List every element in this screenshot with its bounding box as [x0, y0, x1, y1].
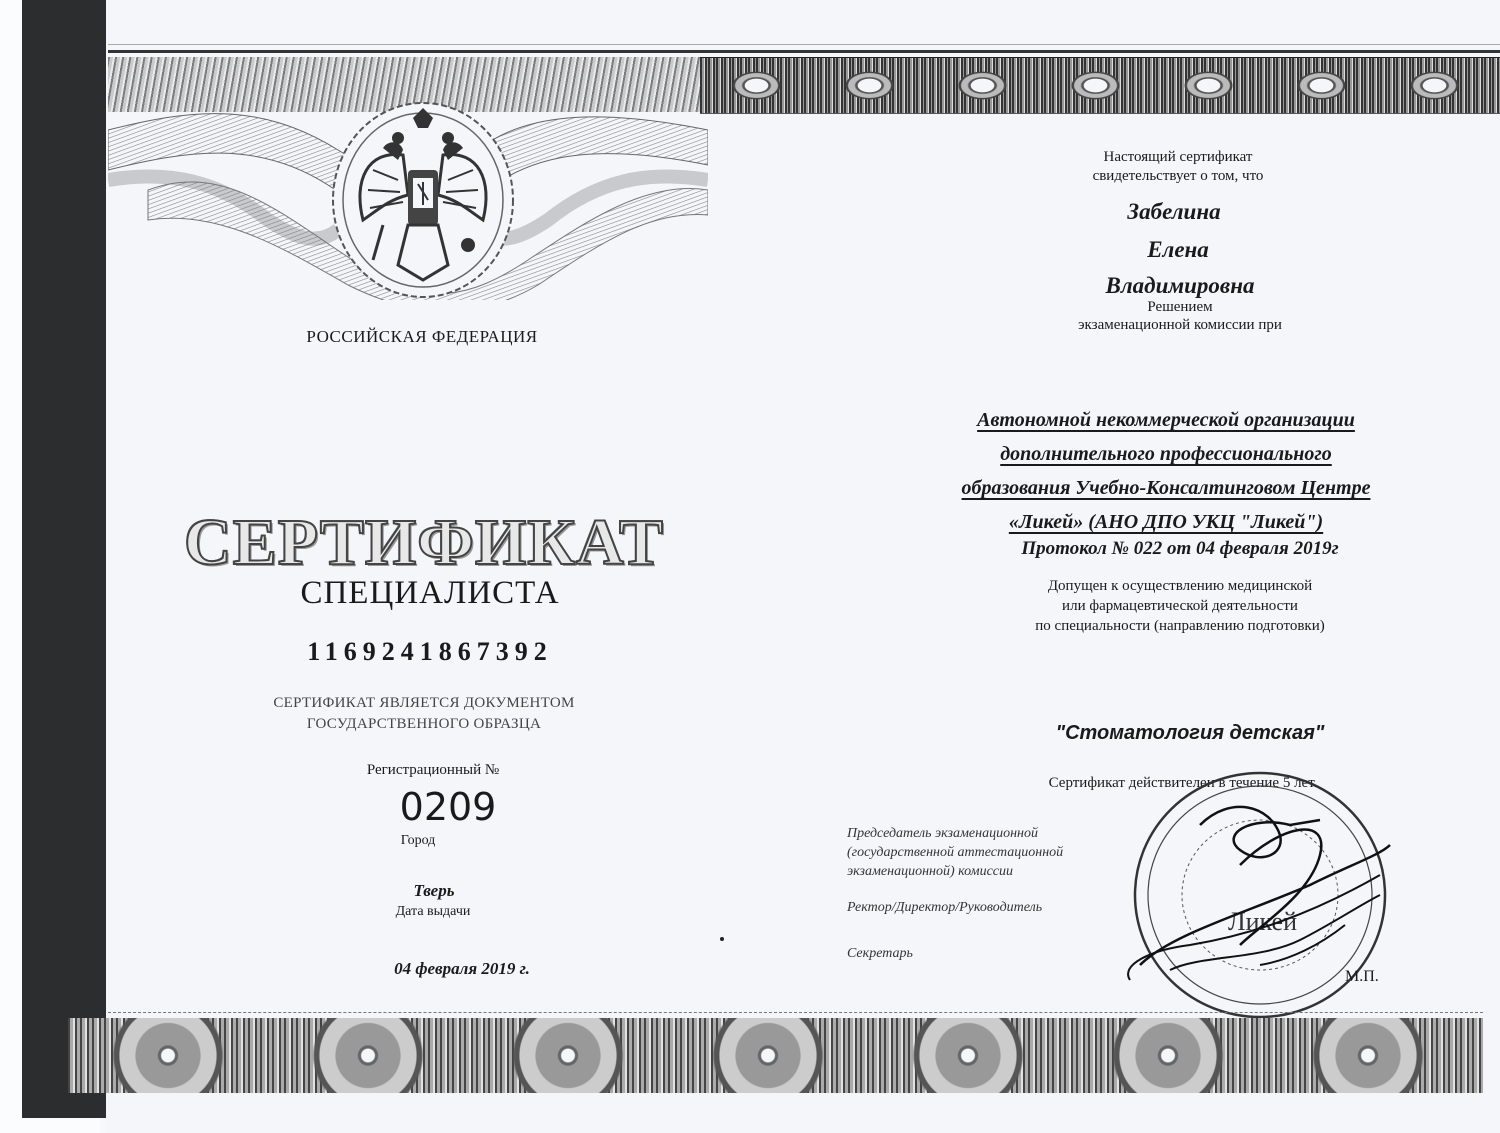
intro-line-2: свидетельствует о том, что	[1093, 167, 1264, 186]
decision-text: Решением экзаменационной комиссии при	[1078, 298, 1282, 334]
chair-line-3: экзаменационной) комиссии	[847, 862, 1063, 881]
seal-place-mark: М.П.	[1345, 968, 1379, 986]
organization-line-2: дополнительного профессионального	[962, 437, 1371, 471]
organization-stamp-icon: Ликей	[1080, 765, 1400, 1035]
binding-strip	[22, 0, 108, 1118]
russian-coat-of-arms-icon	[328, 100, 518, 300]
state-document-notice: СЕРТИФИКАТ ЯВЛЯЕТСЯ ДОКУМЕНТОМ ГОСУДАРСТ…	[273, 693, 574, 735]
top-guilloche-band	[700, 57, 1500, 114]
ink-dot	[720, 937, 724, 941]
intro-text: Настоящий сертификат свидетельствует о т…	[1093, 148, 1264, 186]
admission-line-2: или фармацевтической деятельности	[1035, 596, 1324, 616]
certificate-subtitle: СПЕЦИАЛИСТА	[300, 575, 559, 612]
bottom-rule	[108, 1012, 1483, 1014]
certificate-title: СЕРТИФИКАТ	[184, 505, 664, 581]
bottom-guilloche-band	[68, 1018, 1483, 1093]
country-label: РОССИЙСКАЯ ФЕДЕРАЦИЯ	[306, 327, 537, 347]
chair-line-2: (государственной аттестационной	[847, 843, 1063, 862]
organization-line-3: образования Учебно-Консалтинговом Центре	[962, 471, 1371, 505]
signature-secretary-label: Секретарь	[847, 944, 913, 963]
organization-line-1: Автономной некоммерческой организации	[962, 403, 1371, 437]
holder-first-name: Елена	[1147, 237, 1209, 263]
issue-date-label: Дата выдачи	[396, 904, 471, 920]
stamp-text: Ликей	[1228, 907, 1297, 936]
holder-patronymic: Владимировна	[1106, 273, 1255, 299]
certificate-number: 1169241867392	[307, 637, 553, 667]
decision-line-1: Решением	[1078, 298, 1282, 316]
state-document-line-1: СЕРТИФИКАТ ЯВЛЯЕТСЯ ДОКУМЕНТОМ	[273, 693, 574, 714]
signature-rector-label: Ректор/Директор/Руководитель	[847, 898, 1042, 917]
city-label: Город	[401, 833, 436, 849]
admission-line-3: по специальности (направлению подготовки…	[1035, 616, 1324, 636]
organization-line-4: «Ликей» (АНО ДПО УКЦ "Ликей")	[962, 505, 1371, 539]
protocol-line: Протокол № 022 от 04 февраля 2019г	[1021, 538, 1338, 560]
organization-name: Автономной некоммерческой организации до…	[962, 403, 1371, 539]
holder-surname: Забелина	[1127, 199, 1220, 225]
city-value: Тверь	[414, 881, 455, 901]
decision-line-2: экзаменационной комиссии при	[1078, 316, 1282, 334]
top-rule	[108, 50, 1500, 53]
registration-number: 0209	[400, 785, 497, 829]
admission-text: Допущен к осуществлению медицинской или …	[1035, 576, 1324, 636]
chair-line-1: Председатель экзаменационной	[847, 824, 1063, 843]
admission-line-1: Допущен к осуществлению медицинской	[1035, 576, 1324, 596]
issue-date-value: 04 февраля 2019 г.	[394, 959, 530, 979]
state-document-line-2: ГОСУДАРСТВЕННОГО ОБРАЗЦА	[273, 714, 574, 735]
top-thin-rule	[108, 44, 1500, 45]
signature-chair-label: Председатель экзаменационной (государств…	[847, 824, 1063, 881]
specialty-name: "Стоматология детская"	[1056, 722, 1325, 745]
registration-label: Регистрационный №	[367, 762, 499, 779]
intro-line-1: Настоящий сертификат	[1093, 148, 1264, 167]
